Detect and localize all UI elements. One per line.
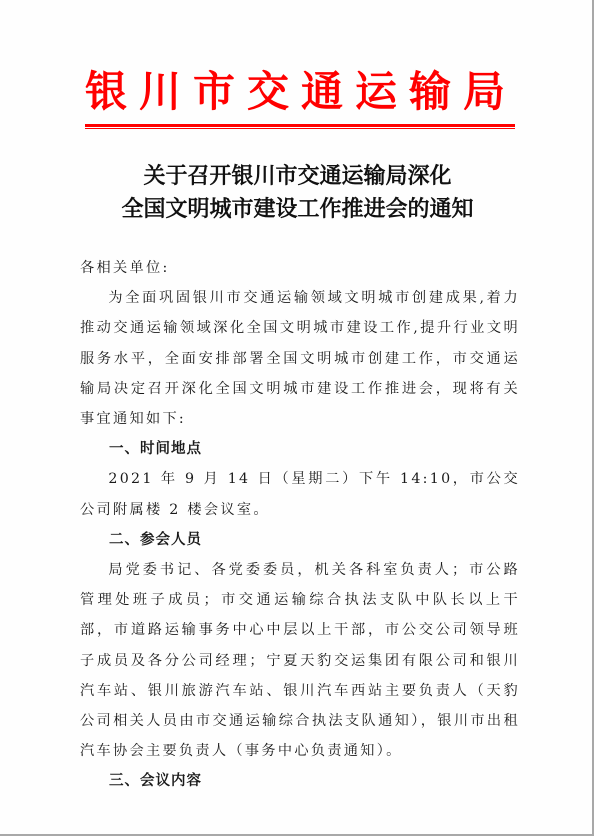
document-page: 银川市交通运输局 关于召开银川市交通运输局深化 全国文明城市建设工作推进会的通知… [0,0,594,836]
document-title-line-1: 关于召开银川市交通运输局深化 [0,160,595,193]
masthead-red-divider [85,124,515,129]
section-heading-meeting-content: 三、会议内容 [80,766,520,796]
section-heading-attendees: 二、参会人员 [80,525,520,555]
document-body: 各相关单位: 为全面巩固银川市交通运输领域文明城市创建成果,着力推动交通运输领域… [80,253,520,797]
masthead-org-name: 银川市交通运输局 [0,66,592,118]
section-content-attendees: 局党委书记、各党委委员，机关各科室负责人；市公路管理处班子成员；市交通运输综合执… [80,555,520,766]
section-heading-time-location: 一、时间地点 [80,434,520,464]
red-divider-thin [85,128,515,129]
document-title-line-2: 全国文明城市建设工作推进会的通知 [0,193,595,226]
red-divider-thick [85,124,515,127]
section-content-time-location: 2021 年 9 月 14 日（星期二）下午 14:10，市公交公司附属楼 2 … [80,464,520,524]
salutation: 各相关单位: [80,253,520,283]
intro-paragraph: 为全面巩固银川市交通运输领域文明城市创建成果,着力推动交通运输领域深化全国文明城… [80,283,520,434]
document-title: 关于召开银川市交通运输局深化 全国文明城市建设工作推进会的通知 [0,160,595,226]
